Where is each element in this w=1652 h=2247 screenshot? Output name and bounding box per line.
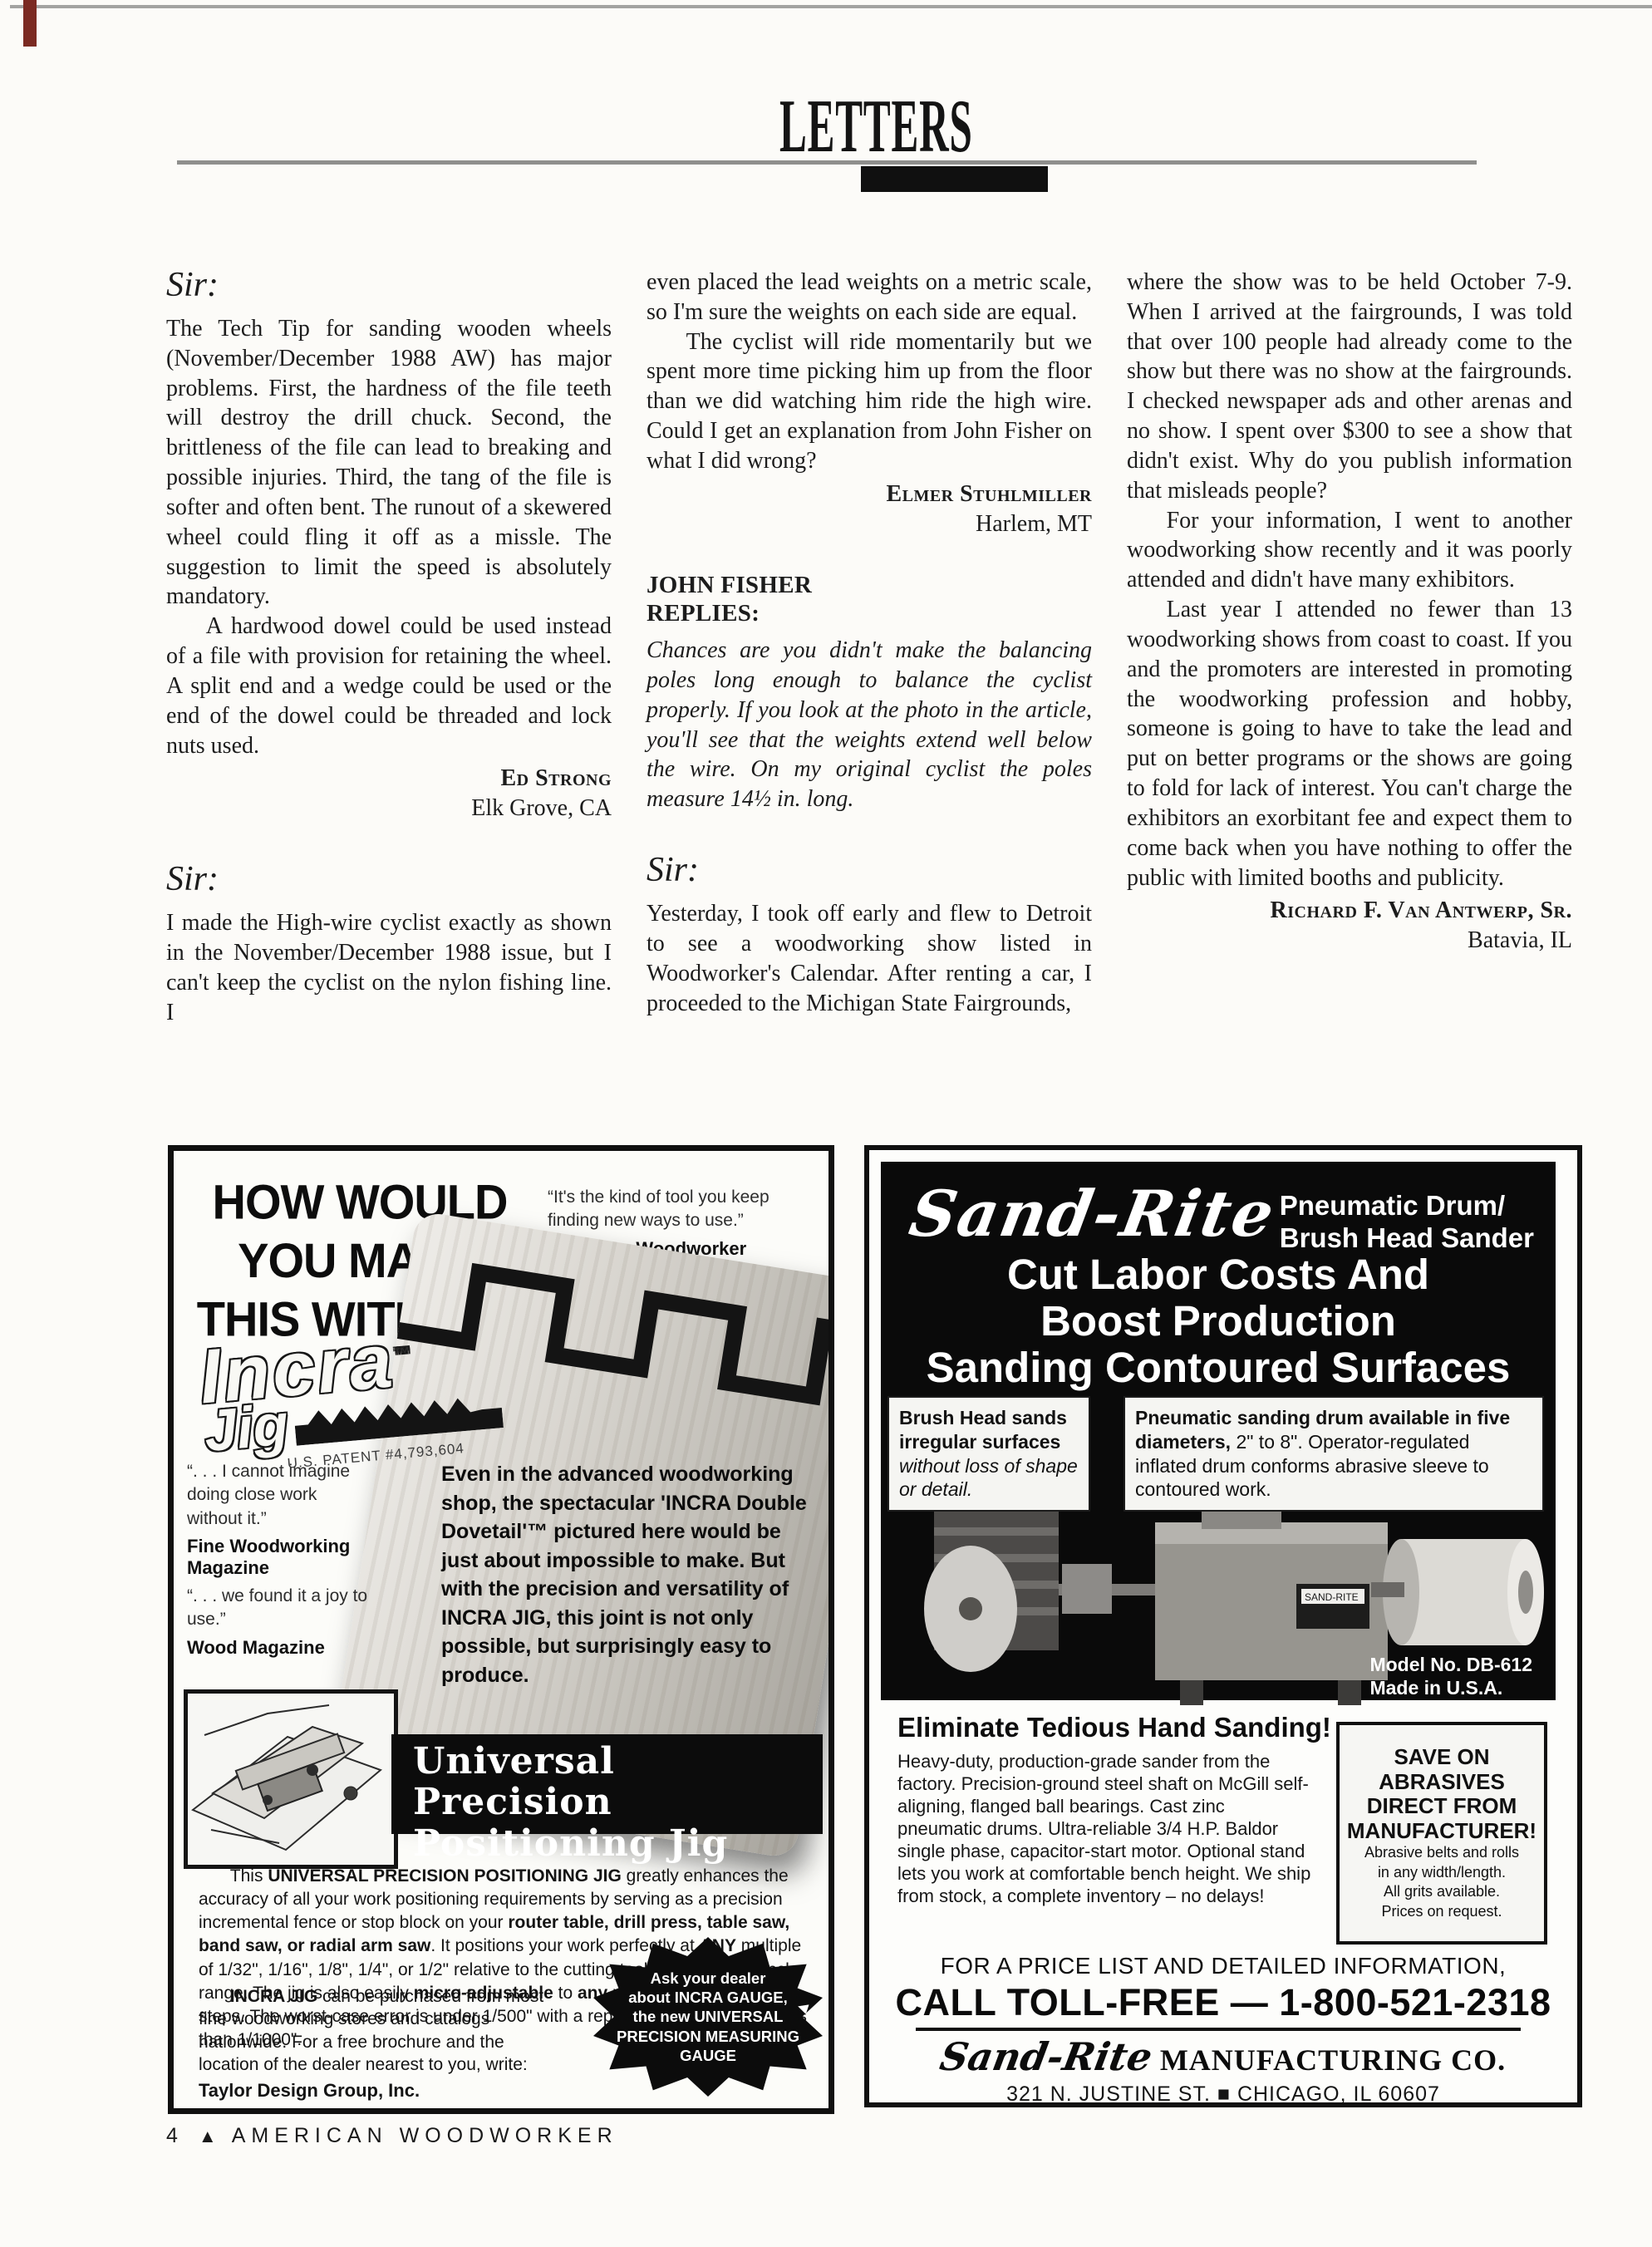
advertiser-company-address: P.O. Box 810262 Dallas, TX 75381 [199, 2107, 561, 2114]
sand-rite-ad: Sand-Rite Pneumatic Drum/ Brush Head San… [864, 1145, 1582, 2107]
banner-line2: Positioning Jig [413, 1823, 823, 1864]
save-on-abrasives-box: SAVE ON ABRASIVES DIRECT FROM MANUFACTUR… [1336, 1722, 1547, 1945]
letter1-signature-city: Elk Grove, CA [166, 794, 612, 824]
model-line2: Made in U.S.A. [1369, 1677, 1532, 1700]
letters-columns: Sir: The Tech Tip for sanding wooden whe… [166, 268, 1572, 1027]
save-line4: MANUFACTURER! [1347, 1819, 1536, 1844]
callout-italic-text: without loss of shape or detail. [899, 1455, 1078, 1501]
masthead-rule [177, 160, 1477, 165]
triangle-icon: ▲ [199, 2126, 217, 2147]
magazine-page: LETTERS Sir: The Tech Tip for sanding wo… [0, 0, 1652, 2247]
incra-purchase-info: INCRA JIG can be purchased from most fin… [199, 1985, 561, 2114]
callout-bold-text: Brush Head sands irregular surfaces [899, 1407, 1067, 1453]
trademark-icon: ™ [393, 1345, 414, 1364]
letter2-signature-name: Elmer Stuhlmiller [647, 479, 1092, 509]
save-sub1: Abrasive belts and rolls [1364, 1843, 1519, 1862]
headline-line1: Cut Labor Costs And [881, 1251, 1556, 1298]
letter3-paragraph-4: Last year I attended no fewer than 13 wo… [1127, 595, 1572, 892]
quote-attribution: Fine Woodworking Magazine [187, 1536, 371, 1580]
square-bullet-icon: ■ [1217, 2082, 1231, 2106]
sand-rite-footer-logo: Sand-Rite [937, 2034, 1155, 2079]
save-sub4: Prices on request. [1381, 1902, 1502, 1921]
letter1-signature-name: Ed Strong [166, 764, 612, 794]
jig-sketch-icon [188, 1694, 386, 1856]
reply-heading-line1: JOHN FISHER [647, 572, 1092, 599]
starburst-line1: Ask your dealer [651, 1969, 766, 1988]
starburst-line4: PRECISION MEASURING GAUGE [593, 2027, 823, 2065]
incra-quote-fine-woodworking: “. . . I cannot imagine doing close work… [187, 1460, 371, 1580]
sand-rite-company-line: Sand-Rite MANUFACTURING CO. [869, 2034, 1577, 2079]
price-list-line: FOR A PRICE LIST AND DETAILED INFORMATIO… [869, 1953, 1577, 1979]
letter3-paragraph-2: where the show was to be held October 7-… [1127, 268, 1572, 506]
banner-line1: Universal Precision [413, 1741, 823, 1823]
letter3-paragraph-1: Yesterday, I took off early and flew to … [647, 899, 1092, 1018]
letters-column-3: where the show was to be held October 7-… [1127, 268, 1572, 1027]
toll-free-phone-line: CALL TOLL-FREE — 1-800-521-2318 [869, 1981, 1577, 2024]
reply-text: Chances are you didn't make the balancin… [647, 636, 1092, 814]
logo-word-jig: Jig [202, 1397, 291, 1459]
masthead-block [861, 166, 1048, 192]
reply-heading: JOHN FISHER REPLIES: [647, 572, 1092, 627]
letter2-paragraph-3: The cyclist will ride momentarily but we… [647, 327, 1092, 476]
save-line1: SAVE ON [1394, 1745, 1489, 1770]
letter2-salutation: Sir: [166, 862, 612, 897]
letter1-salutation: Sir: [166, 268, 612, 302]
letters-column-2: even placed the lead weights on a metric… [647, 268, 1092, 1027]
letter2-signature-city: Harlem, MT [647, 509, 1092, 539]
positioning-jig-banner: Universal Precision Positioning Jig [391, 1734, 823, 1834]
quote-attribution: Wood Magazine [187, 1637, 371, 1659]
company-address-line: 321 N. JUSTINE ST. ■ CHICAGO, IL 60607 [869, 2082, 1577, 2107]
model-line1: Model No. DB-612 [1369, 1654, 1532, 1677]
letter3-signature: Richard F. Van Antwerp, Sr. Batavia, IL [1127, 896, 1572, 956]
letter1-signature: Ed Strong Elk Grove, CA [166, 764, 612, 824]
eliminate-body-copy: Heavy-duty, production-grade sander from… [897, 1750, 1313, 1907]
starburst-line2: about INCRA GAUGE, [628, 1988, 788, 2007]
jig-line-drawing [184, 1689, 398, 1869]
eliminate-heading: Eliminate Tedious Hand Sanding! [897, 1712, 1331, 1743]
incra-quote-wood-magazine: “. . . we found it a joy to use.” Wood M… [187, 1585, 371, 1659]
save-line2: ABRASIVES [1379, 1770, 1505, 1795]
product-line1: Pneumatic Drum/ [1280, 1190, 1534, 1222]
page-footer: 4 ▲ AMERICAN WOODWORKER [166, 2124, 618, 2148]
save-sub3: All grits available. [1384, 1882, 1500, 1901]
purchase-paragraph: INCRA JIG can be purchased from most fin… [199, 1985, 561, 2076]
pneumatic-drum-callout: Pneumatic sanding drum available in five… [1123, 1396, 1544, 1512]
letter3-paragraph-3: For your information, I went to another … [1127, 506, 1572, 595]
incra-jig-logo: Incra™ Jig U.S. PATENT #4,793,604 [197, 1313, 540, 1479]
svg-text:SAND-RITE: SAND-RITE [1305, 1591, 1359, 1603]
quote-text: “. . . I cannot imagine doing close work… [187, 1460, 371, 1531]
starburst-line3: the new UNIVERSAL [633, 2007, 784, 2026]
headline-line3: Sanding Contoured Surfaces [881, 1345, 1556, 1391]
save-line3: DIRECT FROM [1367, 1794, 1517, 1819]
phone-underline-rule [916, 2028, 1521, 2031]
letter2-paragraph-1: I made the High-wire cyclist exactly as … [166, 908, 612, 1027]
letter2-signature: Elmer Stuhlmiller Harlem, MT [647, 479, 1092, 539]
letter3-salutation: Sir: [647, 853, 1092, 887]
page-number: 4 [166, 2124, 184, 2148]
quote-text: “It's the kind of tool you keep finding … [548, 1186, 805, 1233]
address-city: CHICAGO, IL 60607 [1237, 2082, 1440, 2106]
letter1-paragraph-2: A hardwood dowel could be used instead o… [166, 612, 612, 760]
letter2-paragraph-2: even placed the lead weights on a metric… [647, 268, 1092, 327]
letter1-paragraph-1: The Tech Tip for sanding wooden wheels (… [166, 314, 612, 612]
save-sub2: in any width/length. [1378, 1863, 1506, 1882]
product-name: Pneumatic Drum/ Brush Head Sander [1280, 1190, 1534, 1255]
manufacturing-co-text: MANUFACTURING CO. [1152, 2043, 1506, 2077]
page-title: LETTERS [779, 83, 973, 170]
letters-column-1: Sir: The Tech Tip for sanding wooden whe… [166, 268, 612, 1027]
brush-head-callout: Brush Head sands irregular surfaces with… [887, 1396, 1090, 1512]
address-street: 321 N. JUSTINE ST. [1006, 2082, 1211, 2106]
model-number-label: Model No. DB-612 Made in U.S.A. [1369, 1654, 1532, 1699]
magazine-name: AMERICAN WOODWORKER [232, 2124, 618, 2148]
top-scan-rule [10, 5, 1652, 8]
letter3-signature-name: Richard F. Van Antwerp, Sr. [1127, 896, 1572, 926]
letter3-signature-city: Batavia, IL [1127, 926, 1572, 956]
advertiser-company-name: Taylor Design Group, Inc. [199, 2079, 561, 2103]
registration-mark [23, 0, 37, 47]
reply-heading-line2: REPLIES: [647, 600, 1092, 627]
sand-rite-headline: Cut Labor Costs And Boost Production San… [881, 1251, 1556, 1391]
incra-jig-ad: HOW WOULD YOU MAKE THIS WITHOUT “It's th… [168, 1145, 834, 2114]
incra-photo-copy: Even in the advanced woodworking shop, t… [441, 1460, 817, 1689]
sand-rite-logo: Sand-Rite [904, 1177, 1281, 1251]
headline-line2: Boost Production [881, 1298, 1556, 1345]
quote-text: “. . . we found it a joy to use.” [187, 1585, 371, 1632]
